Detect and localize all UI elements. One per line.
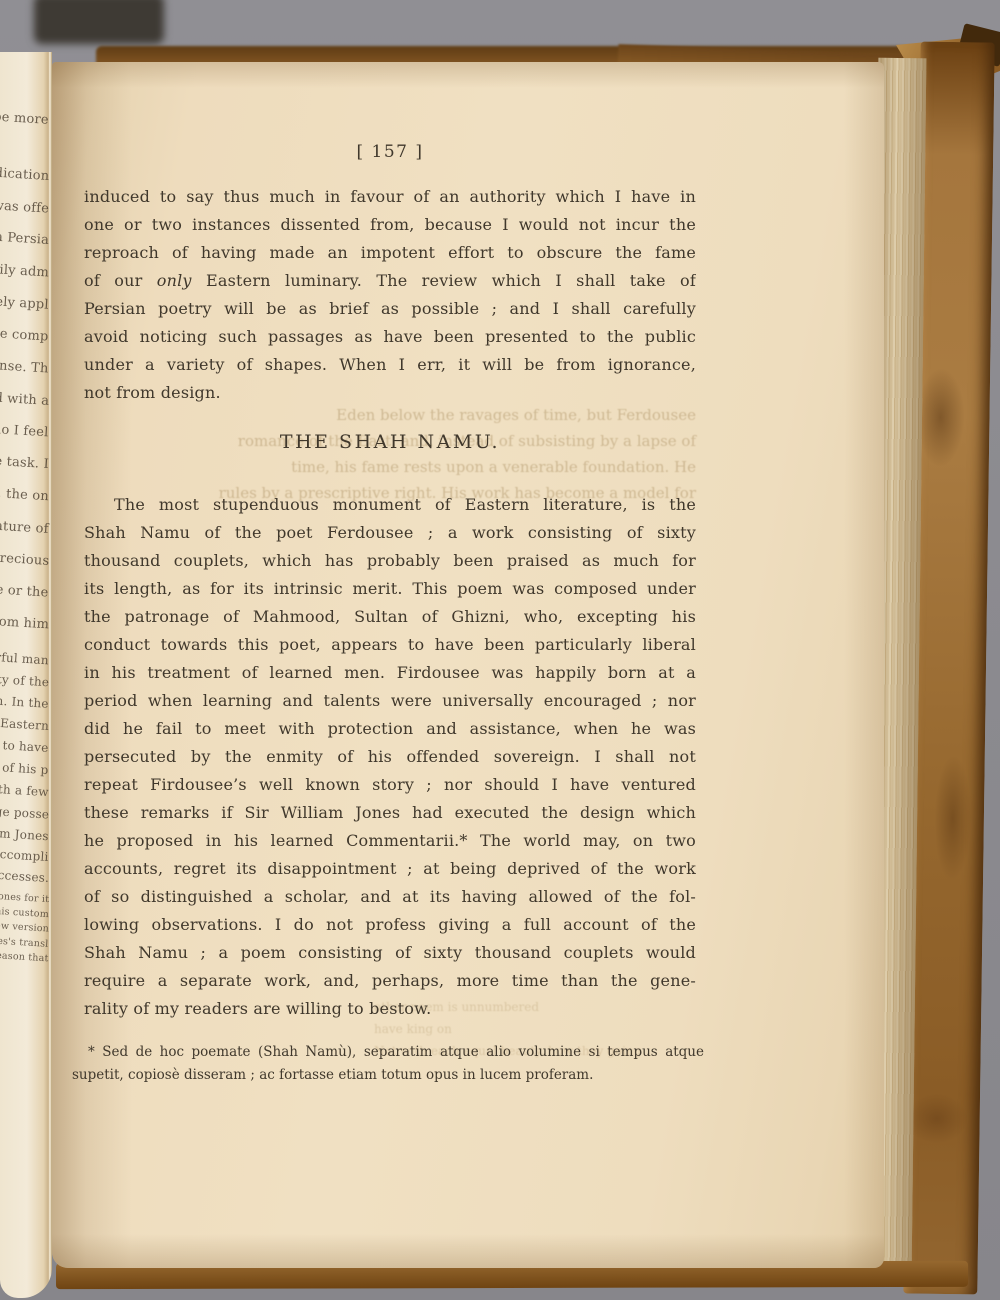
show-through-line: have king on — [374, 1022, 452, 1036]
left-page-text-fragment: their prose comp — [0, 322, 49, 344]
page-number: [ 157 ] — [84, 142, 696, 162]
left-page-text-fragment: be executed with a — [0, 386, 49, 409]
facing-page-edge: nd to be morethe dedicationse which was … — [0, 52, 52, 1298]
book-page: Eden below the ravages of time, but Ferd… — [52, 62, 884, 1268]
show-through-line: Eden below the ravages of time, but Ferd… — [336, 406, 696, 424]
left-page-text-fragment: g efforts of his p — [0, 757, 49, 777]
footnote: * Sed de hoc poemate (Shah Namù), separa… — [72, 1041, 704, 1087]
left-page-text-fragment: wn to a Persia — [0, 227, 49, 248]
text-line: rality of my readers are willing to best… — [84, 995, 696, 1023]
text-line: period when learning and talents were un… — [84, 687, 696, 715]
left-page-text-fragment: ve been a precious — [0, 546, 49, 569]
text-line: its length, as for its intrinsic merit. … — [84, 575, 696, 603]
text-line: The most stupenduous monument of Eastern… — [84, 491, 696, 519]
left-page-text-fragment: very readily adm — [0, 259, 49, 281]
text-line: induced to say thus much in favour of an… — [84, 183, 696, 211]
text-line: Persian poetry will be as brief as possi… — [84, 295, 696, 323]
left-page-text-fragment: r William Jones for it — [0, 888, 49, 905]
text-line: one or two instances dissented from, bec… — [84, 211, 696, 239]
footnote-line: * Sed de hoc poemate (Shah Namù), separa… — [72, 1041, 704, 1064]
paragraph-1: induced to say thus much in favour of an… — [84, 183, 696, 407]
text-line: require a separate work, and, perhaps, m… — [84, 967, 696, 995]
text-line: of so distinguished a scholar, and at it… — [84, 883, 696, 911]
text-line: reproach of having made an impotent effo… — [84, 239, 696, 267]
text-line: these remarks if Sir William Jones had e… — [84, 799, 696, 827]
left-page-text-fragment: ll his successes. — [0, 865, 49, 885]
left-page-text-fragment: se which was offe — [0, 194, 49, 216]
left-page-text-fragment: s, that as his custom — [0, 903, 49, 920]
text-line: accounts, regret its disappointment ; at… — [84, 855, 696, 883]
left-page-text-fragment: the dedication — [0, 163, 49, 184]
text-line: Shah Namu of the poet Ferdousee ; a work… — [84, 519, 696, 547]
text-line: persecuted by the enmity of his offended… — [84, 743, 696, 771]
left-page-text-fragment: e language or the — [0, 578, 49, 600]
left-page-text-fragment: an language posse — [0, 800, 49, 821]
left-page-text-fragment: al to the task. I — [0, 451, 49, 472]
book-photo: nd to be morethe dedicationse which was … — [0, 0, 1000, 1300]
text-line: lowing observations. I do not profess gi… — [84, 911, 696, 939]
left-page-text-fragment: mentarii, the on — [0, 483, 49, 505]
text-line: Shah Namu ; a poem consisting of sixty t… — [84, 939, 696, 967]
text-line: the patronage of Mahmood, Sultan of Ghiz… — [84, 603, 696, 631]
footnote-line: supetit, copiosè disseram ; ac fortasse … — [72, 1064, 704, 1087]
show-through-line: time, his fame rests upon a venerable fo… — [291, 458, 696, 476]
text-line: under a variety of shapes. When I err, i… — [84, 351, 696, 379]
text-line: not from design. — [84, 379, 696, 407]
left-page-text-fragment: anied with a few — [0, 779, 49, 799]
text-line: did he fail to meet with protection and … — [84, 715, 696, 743]
left-page-text-fragment: of this accompli — [0, 844, 49, 864]
left-page-text-fragment: re ; nor do I feel — [0, 419, 49, 441]
text-line: of our only Eastern luminary. The review… — [84, 267, 696, 295]
left-page-text-fragment: for him to have — [0, 735, 49, 755]
left-page-text-fragment: is wonderful man — [0, 647, 49, 668]
text: of our — [84, 271, 157, 290]
left-page-text-fragment: iscriminately appl — [0, 290, 49, 312]
left-page-text-fragment: ve a new version — [0, 918, 49, 934]
text-line: conduct towards this poet, appears to ha… — [84, 631, 696, 659]
left-page-text-fragment: nd the literature of — [0, 514, 49, 537]
text-line: thousand couplets, which has probably be… — [84, 547, 696, 575]
left-page-text-fragment: lliam Jones's transl — [0, 933, 49, 950]
left-page-text-fragment: largely from him — [0, 611, 49, 633]
left-page-text-fragment: mited license. Th — [0, 354, 49, 376]
text-line: he proposed in his learned Commentarii.*… — [84, 827, 696, 855]
left-page-text-fragment: nach of Eastern — [0, 713, 49, 733]
shadow-top-left — [34, 0, 164, 44]
text-line: repeat Firdousee’s well known story ; no… — [84, 771, 696, 799]
left-page-text-fragment: nd to be more — [0, 107, 49, 128]
italic-text: only — [157, 271, 192, 290]
left-page-text-fragment: ndation. In the — [0, 691, 49, 711]
text: Eastern luminary. The review which I sha… — [192, 271, 696, 290]
left-page-text-fragment: e authority of the — [0, 669, 49, 690]
section-heading: THE SHAH NAMU. — [84, 431, 696, 453]
text-line: avoid noticing such passages as have bee… — [84, 323, 696, 351]
left-page-text-fragment: the reason that — [0, 949, 49, 965]
paragraph-2: The most stupenduous monument of Eastern… — [84, 491, 696, 1023]
left-page-text-fragment: Sir William Jones — [0, 823, 49, 844]
text-line: in his treatment of learned men. Firdous… — [84, 659, 696, 687]
